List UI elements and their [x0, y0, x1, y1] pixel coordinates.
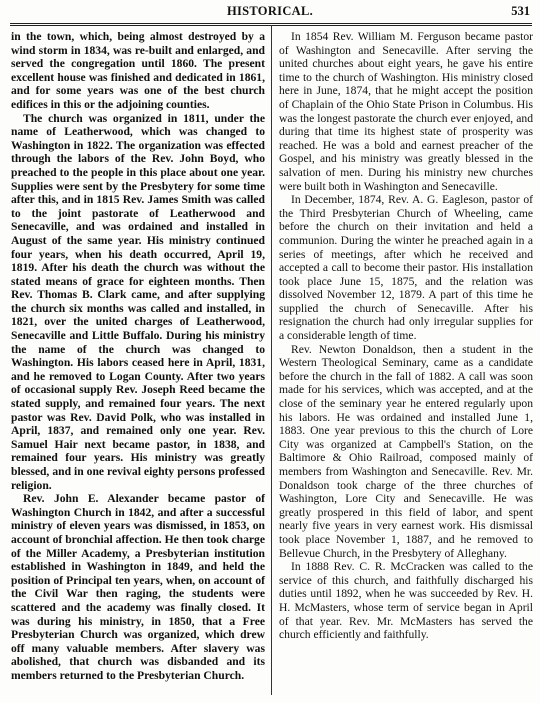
paragraph: Rev. Newton Donaldson, then a student in…	[279, 343, 533, 561]
paragraph: in the town, which, being almost destroy…	[11, 30, 265, 112]
paragraph: In December, 1874, Rev. A. G. Eagleson, …	[279, 193, 533, 343]
book-page: HISTORICAL. 531 in the town, which, bein…	[0, 0, 540, 703]
paragraph: The church was organized in 1811, under …	[11, 112, 265, 493]
running-title: HISTORICAL.	[10, 4, 530, 19]
right-column: In 1854 Rev. William M. Ferguson became …	[279, 30, 533, 642]
running-head: HISTORICAL. 531	[10, 4, 530, 20]
paragraph: In 1888 Rev. C. R. McCracken was called …	[279, 560, 533, 642]
page-number: 531	[511, 4, 530, 19]
column-divider	[271, 25, 272, 695]
paragraph: Rev. John E. Alexander became pastor of …	[11, 492, 265, 682]
paragraph: In 1854 Rev. William M. Ferguson became …	[279, 30, 533, 193]
left-column: in the town, which, being almost destroy…	[11, 30, 265, 683]
